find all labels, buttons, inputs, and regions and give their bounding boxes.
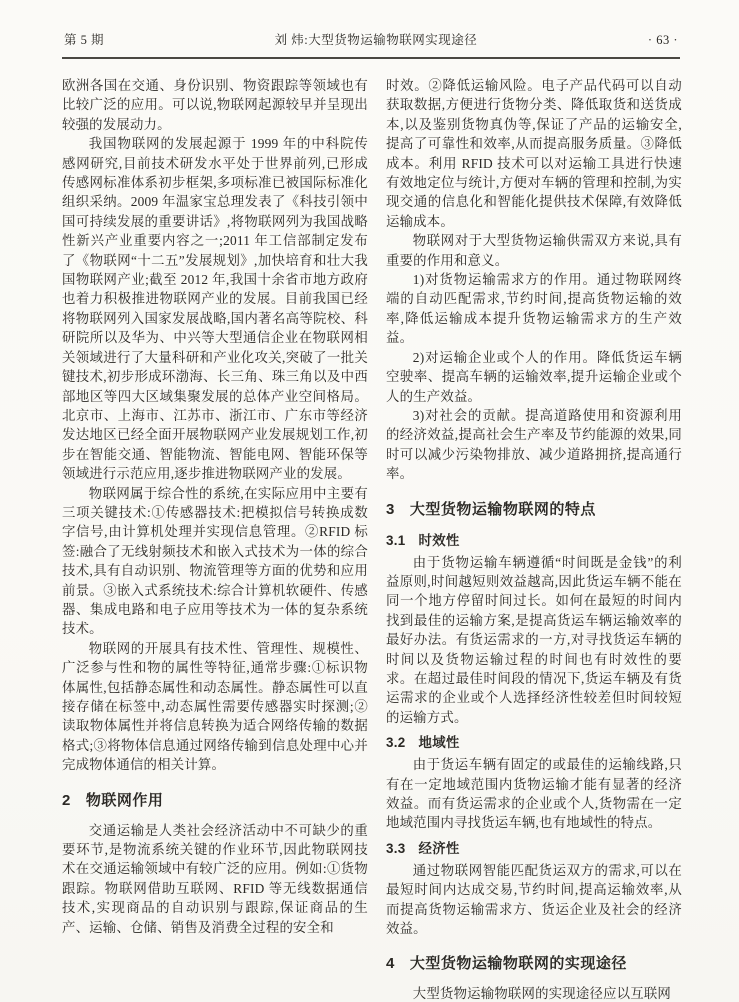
section-heading: 4大型货物运输物联网的实现途径 <box>386 952 682 973</box>
paragraph: 交通运输是人类社会经济活动中不可缺少的重要环节,是物流系统关键的作业环节,因此物… <box>62 821 368 937</box>
heading-title: 时效性 <box>419 533 460 548</box>
header-rule <box>62 57 680 59</box>
running-title: 刘 炜:大型货物运输物联网实现途径 <box>104 30 648 48</box>
paragraph: 时效。②降低运输风险。电子产品代码可以自动获取数据,方便进行货物分类、降低取货和… <box>386 76 682 231</box>
paragraph: 大型货物运输物联网的实现途径应以互联网 <box>386 984 682 1002</box>
left-column: 欧洲各国在交通、身份识别、物资跟踪等领域也有比较广泛的应用。可以说,物联网起源较… <box>62 76 368 1002</box>
journal-issue: 第 5 期 <box>64 30 104 48</box>
paper-page: 第 5 期 刘 炜:大型货物运输物联网实现途径 · 63 · 欧洲各国在交通、身… <box>0 0 739 1002</box>
subsection-heading: 3.2地域性 <box>386 732 682 751</box>
paragraph: 物联网属于综合性的系统,在实际应用中主要有三项关键技术:①传感器技术:把模拟信号… <box>62 484 368 639</box>
heading-title: 经济性 <box>419 841 460 856</box>
paragraph: 由于货运车辆有固定的或最佳的运输线路,只有在一定地域范围内货物运输才能有显著的经… <box>386 755 682 833</box>
heading-number: 4 <box>386 955 395 972</box>
paragraph: 物联网的开展具有技术性、管理性、规模性、广泛参与性和物的属性等特征,通常步骤:①… <box>62 639 368 775</box>
paragraph: 物联网对于大型货物运输供需双方来说,具有重要的作用和意义。 <box>386 231 682 270</box>
paragraph: 通过物联网智能匹配货运双方的需求,可以在最短时间内达成交易,节约时间,提高运输效… <box>386 861 682 939</box>
paragraph: 我国物联网的发展起源于 1999 年的中科院传感网研究,目前技术研发水平处于世界… <box>62 134 368 483</box>
subsection-heading: 3.3经济性 <box>386 838 682 857</box>
heading-title: 物联网作用 <box>86 792 164 809</box>
heading-number: 3 <box>386 501 395 518</box>
paragraph: 由于货物运输车辆遵循“时间既是金钱”的利益原则,时间越短则效益越高,因此货运车辆… <box>386 553 682 728</box>
heading-number: 3.2 <box>386 735 406 750</box>
section-heading: 3大型货物运输物联网的特点 <box>386 498 682 519</box>
paragraph: 2)对运输企业或个人的作用。降低货运车辆空驶率、提高车辆的运输效率,提升运输企业… <box>386 348 682 406</box>
heading-title: 大型货物运输物联网的特点 <box>410 501 596 518</box>
heading-title: 地域性 <box>419 735 460 750</box>
page-number: · 63 · <box>648 33 678 48</box>
page-header: 第 5 期 刘 炜:大型货物运输物联网实现途径 · 63 · <box>62 30 680 57</box>
heading-number: 2 <box>62 792 71 809</box>
heading-number: 3.3 <box>386 841 406 856</box>
paragraph: 1)对货物运输需求方的作用。通过物联网终端的自动匹配需求,节约时间,提高货物运输… <box>386 270 682 348</box>
right-column: 时效。②降低运输风险。电子产品代码可以自动获取数据,方便进行货物分类、降低取货和… <box>386 76 682 1002</box>
heading-number: 3.1 <box>386 533 406 548</box>
subsection-heading: 3.1时效性 <box>386 530 682 549</box>
column-container: 欧洲各国在交通、身份识别、物资跟踪等领域也有比较广泛的应用。可以说,物联网起源较… <box>62 76 680 1002</box>
paragraph: 3)对社会的贡献。提高道路使用和资源利用的经济效益,提高社会生产率及节约能源的效… <box>386 406 682 484</box>
section-heading: 2物联网作用 <box>62 789 368 810</box>
heading-title: 大型货物运输物联网的实现途径 <box>410 955 627 972</box>
paragraph: 欧洲各国在交通、身份识别、物资跟踪等领域也有比较广泛的应用。可以说,物联网起源较… <box>62 76 368 134</box>
